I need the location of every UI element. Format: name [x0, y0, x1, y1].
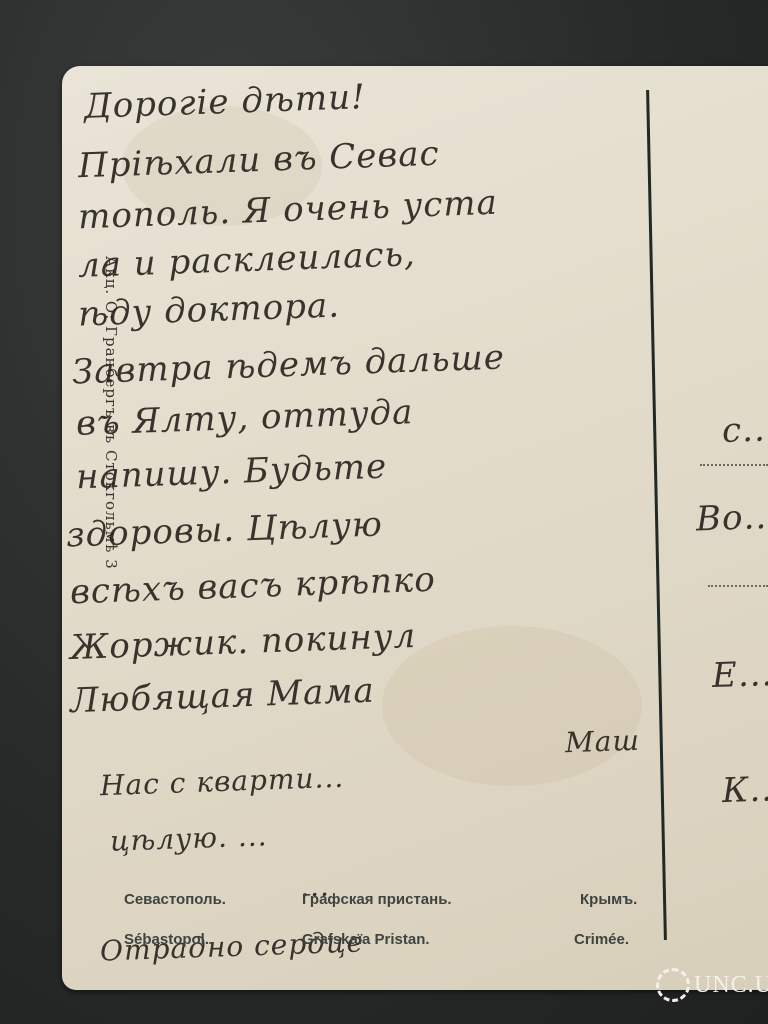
- age-stain: [382, 626, 642, 786]
- site-watermark: UNC.UA: [656, 968, 768, 1002]
- sunburst-icon: [656, 968, 690, 1002]
- caption-fr-city: Sébastopol.: [124, 931, 209, 948]
- caption-ru-city: Севастополь.: [124, 891, 226, 908]
- address-fragment: Е...: [711, 654, 768, 696]
- caption-ru-region: Крымъ.: [580, 891, 637, 908]
- address-fragment: с...: [721, 409, 768, 451]
- handwriting-line: цѣлую. ...: [109, 819, 268, 857]
- caption-fr-place: Grafskaïa Pristan.: [302, 931, 430, 948]
- caption-ru-place: Графская пристань.: [302, 891, 452, 908]
- caption-fr-region: Crimée.: [574, 931, 629, 948]
- handwriting-line: Маш: [564, 724, 640, 760]
- address-fragment: Во...: [695, 497, 768, 540]
- address-line: [708, 585, 768, 587]
- address-fragment: К...: [721, 769, 768, 811]
- address-line: [700, 464, 768, 466]
- watermark-text: UNC.UA: [694, 972, 768, 999]
